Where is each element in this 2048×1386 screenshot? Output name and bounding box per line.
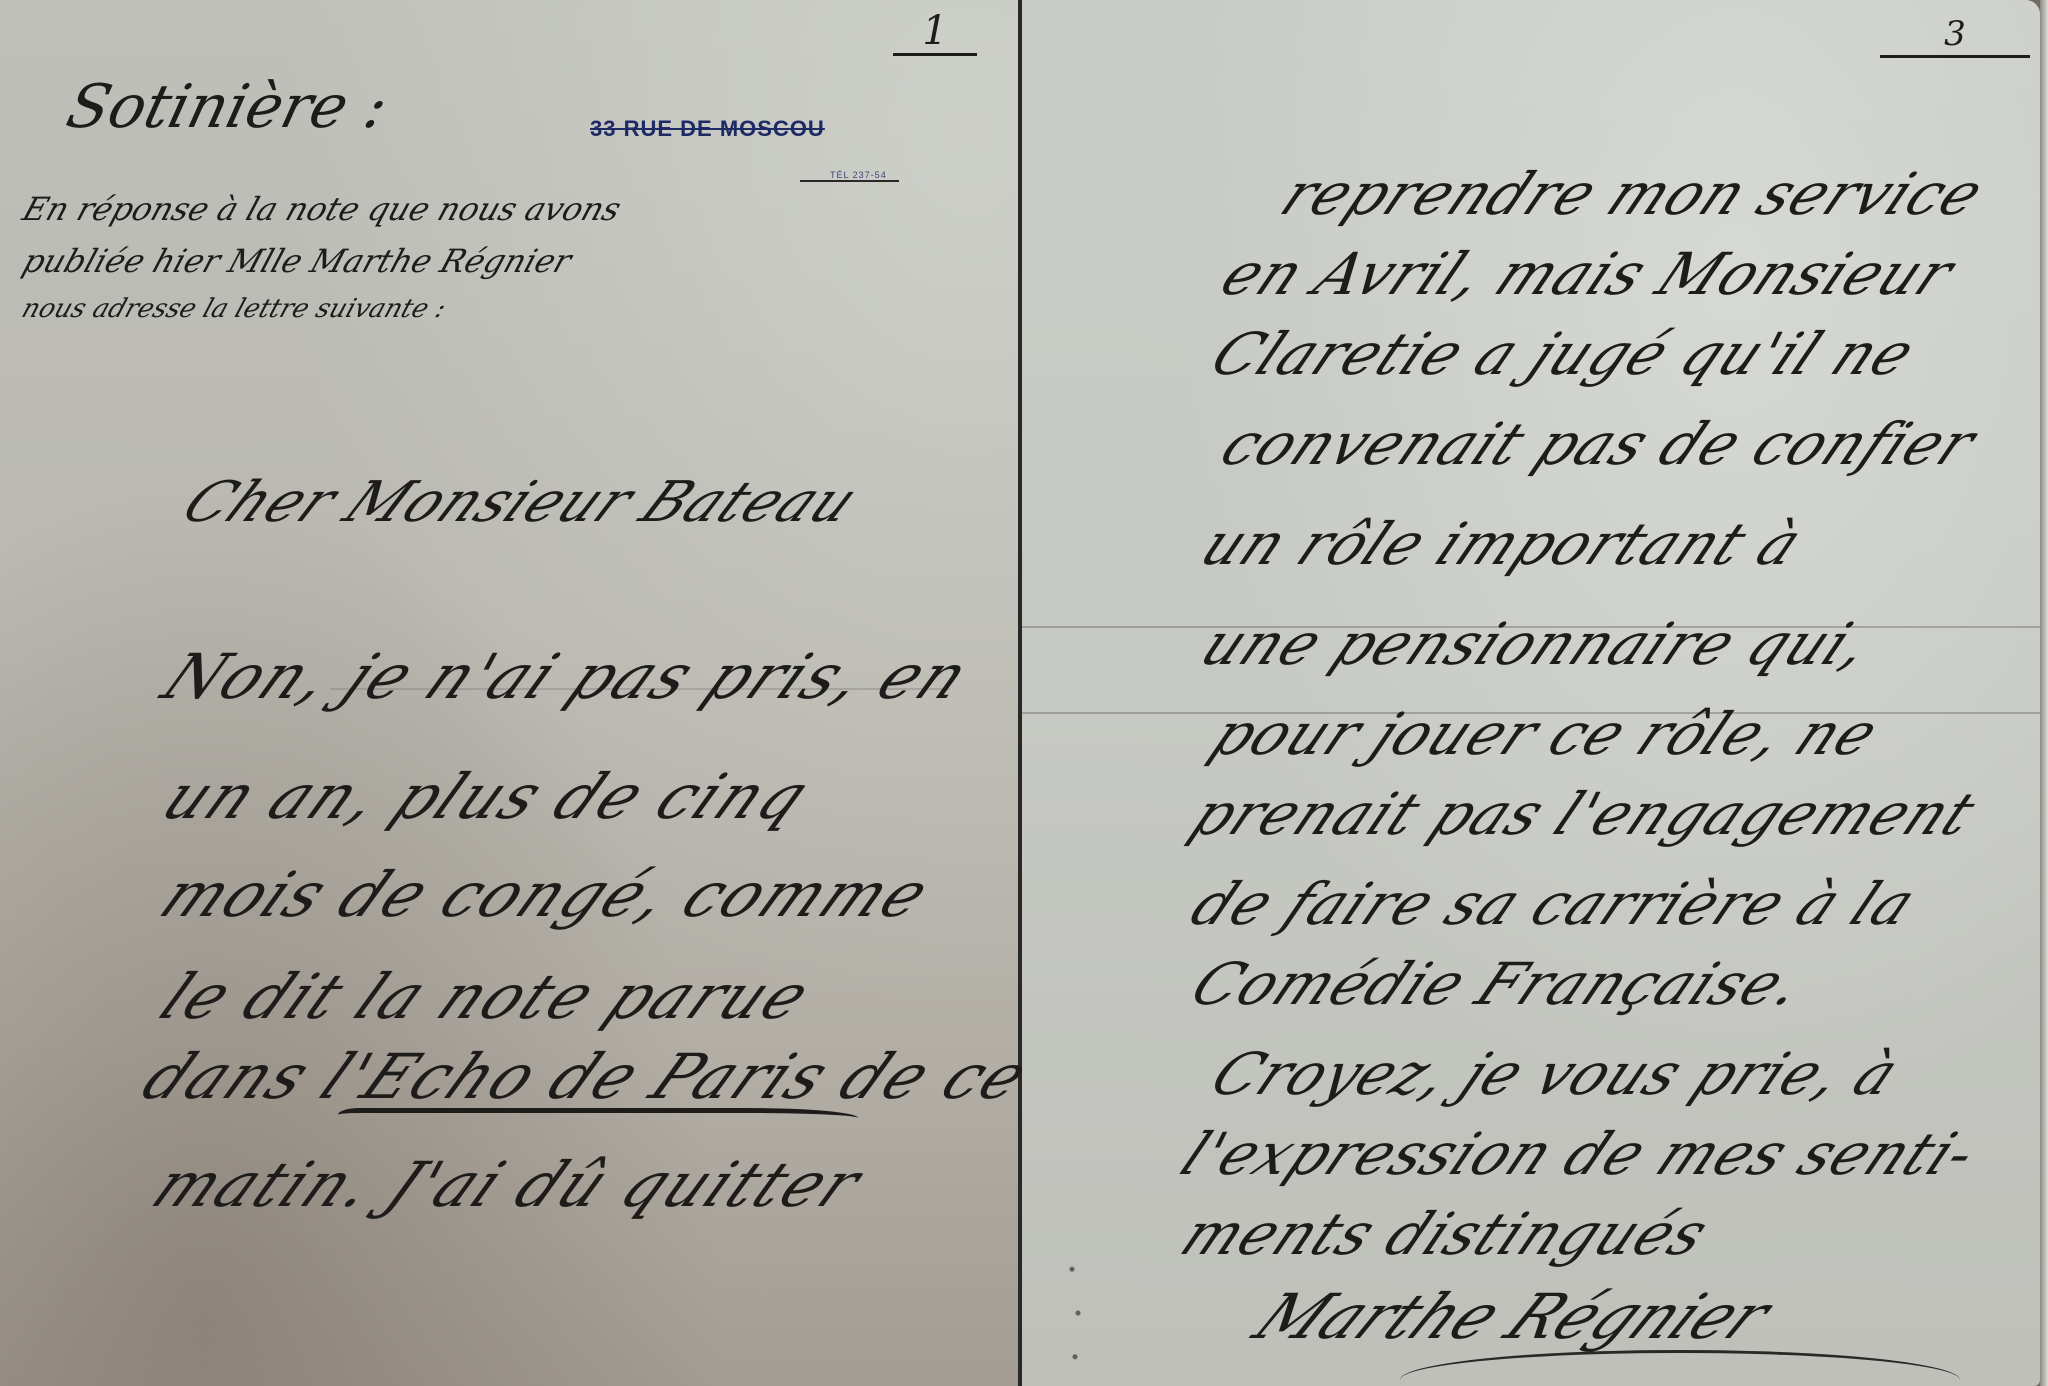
body-line: de faire sa carrière à la [1180,870,1928,938]
letter-spread: 1 33 RUE DE MOSCOU TÉL 237-54 Sotinière … [0,0,2048,1386]
body-line: Comédie Française. [1180,950,1816,1018]
body-line: prenait pas l'engagement [1180,780,1988,848]
body-line: reprendre mon service [1270,160,1996,228]
page-number-left: 1 [893,6,977,56]
body-line: le dit la note parue [148,960,825,1033]
body-line: Non, je n'ai pas pris, en [150,640,984,713]
body-line: Claretie a jugé qu'il ne [1200,320,1927,388]
body-line: un an, plus de cinq [150,760,824,833]
body-line: l'expression de mes senti- [1170,1120,1989,1188]
signature: Marthe Régnier [1240,1280,1786,1353]
body-line: Croyez, je vous prie, à [1200,1040,1911,1108]
underline-flourish [338,1108,858,1118]
body-line: ments distingués [1170,1200,1721,1268]
editor-note-line: publiée hier Mlle Marthe Régnier [18,242,576,280]
editor-note-line: En réponse à la note que nous avons [18,190,626,228]
document-heading: Sotinière : [60,72,395,142]
paper-edge [2040,0,2048,1386]
salutation: Cher Monsieur Bateau [170,470,871,535]
letterhead-telephone: TÉL 237-54 [800,170,899,182]
body-line: pour jouer ce rôle, ne [1200,700,1891,768]
letterhead-address: 33 RUE DE MOSCOU [590,116,825,142]
body-line: une pensionnaire qui, [1190,610,1883,678]
editor-note-line: nous adresse la lettre suivante : [18,294,450,324]
page-gutter [1018,0,1022,1386]
body-line: en Avril, mais Monsieur [1210,240,1966,308]
body-line: un rôle important à [1190,510,1814,578]
page-number-right: 3 [1880,14,2030,58]
body-line: convenait pas de confier [1210,410,1988,478]
body-line: mois de congé, comme [148,858,944,931]
ink-smudge [1060,1240,1120,1386]
body-line: dans l'Echo de Paris de ce [130,1040,1043,1113]
body-line: matin. J'ai dû quitter [140,1148,876,1221]
